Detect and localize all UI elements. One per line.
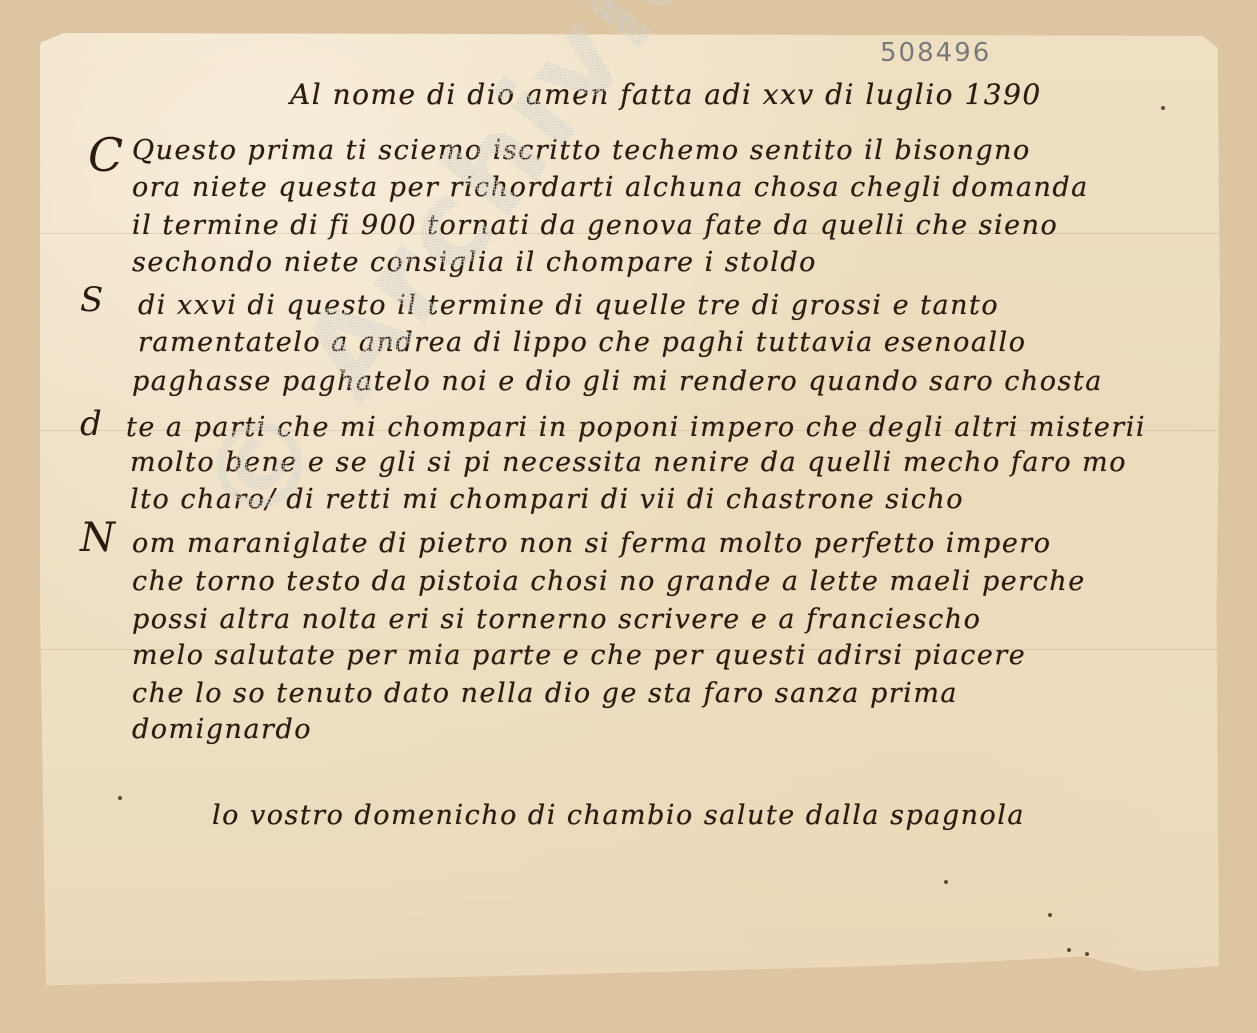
text-line-13: possi altra nolta eri si tornerno scrive…: [132, 604, 981, 635]
text-line-9: molto bene e se gli si pi necessita neni…: [130, 447, 1127, 478]
text-line-12: che torno testo da pistoia chosi no gran…: [132, 566, 1086, 597]
text-line-8: te a parti che mi chompari in poponi imp…: [126, 412, 1146, 443]
margin-mark-n: N: [80, 515, 115, 561]
text-line-10: lto charo/ di retti mi chompari di vii d…: [130, 484, 964, 515]
text-line-16: domignardo: [132, 714, 312, 745]
scan-viewer: 508496 Al nome di dio amen fatta adi xxv…: [0, 0, 1257, 1033]
archive-number: 508496: [880, 38, 991, 68]
initial-c-mark: C: [88, 128, 123, 182]
text-line-5: di xxvi di questo il termine di quelle t…: [138, 290, 999, 321]
heading-line: Al nome di dio amen fatta adi xxv di lug…: [290, 78, 1042, 111]
text-line-14: melo salutate per mia parte e che per qu…: [132, 640, 1026, 671]
text-line-2: ora niete questa per richordarti alchuna…: [132, 172, 1089, 203]
text-line-6: ramentatelo a andrea di lippo che paghi …: [138, 327, 1026, 358]
margin-mark-d: d: [80, 404, 102, 444]
text-line-3: il termine di fi 900 tornati da genova f…: [132, 210, 1058, 241]
text-line-1: Questo prima ti sciemo iscritto techemo …: [132, 135, 1031, 166]
margin-mark-s: S: [80, 280, 103, 320]
text-line-4: sechondo niete consiglia il chompare i s…: [132, 247, 817, 278]
text-line-7: paghasse paghatelo noi e dio gli mi rend…: [132, 366, 1103, 397]
text-line-11: om maraniglate di pietro non si ferma mo…: [132, 528, 1051, 559]
closing-signature-line: lo vostro domenicho di chambio salute da…: [212, 800, 1025, 831]
text-line-15: che lo so tenuto dato nella dio ge sta f…: [132, 678, 958, 709]
